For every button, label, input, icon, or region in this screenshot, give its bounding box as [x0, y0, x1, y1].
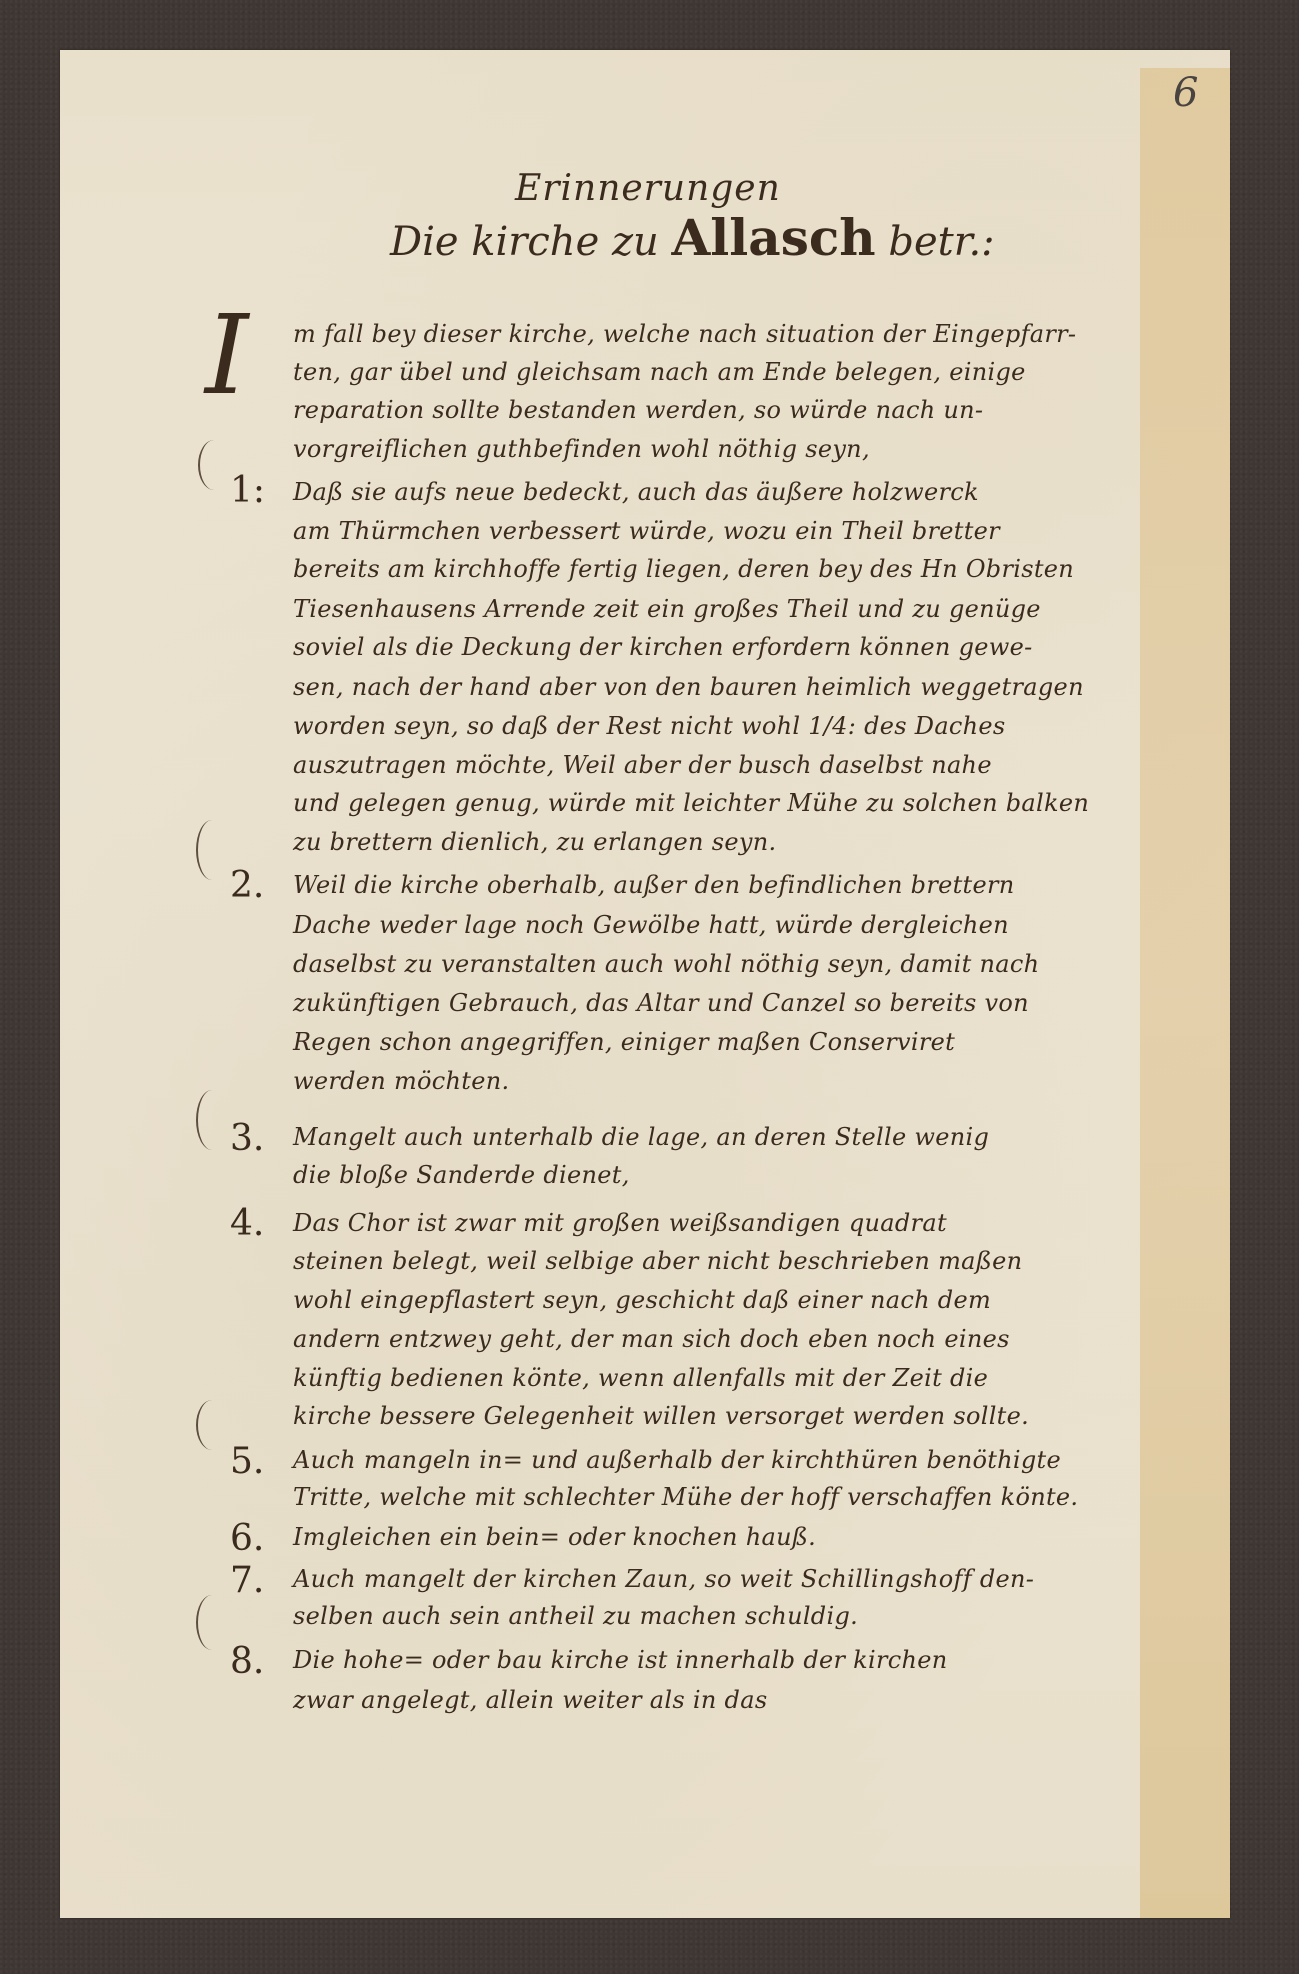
document-title: Die kirche zu Allasch betr.:: [390, 208, 995, 267]
margin-flourish: [198, 440, 230, 490]
item-line: soviel als die Deckung der kirchen erfor…: [293, 633, 1033, 661]
item-line: sen, nach der hand aber von den bauren h…: [293, 673, 1084, 701]
item-line: Dache weder lage noch Gewölbe hatt, würd…: [293, 911, 1009, 939]
item-line: Tiesenhausens Arrende zeit ein großes Th…: [293, 595, 1041, 623]
item-number: 4.: [230, 1203, 264, 1244]
item-number: 7.: [230, 1560, 264, 1601]
item-number: 3.: [230, 1118, 264, 1159]
item-line: Die hohe= oder bau kirche ist innerhalb …: [293, 1646, 948, 1674]
item-line: kirche bessere Gelegenheit willen versor…: [293, 1402, 1029, 1430]
item-line: worden seyn, so daß der Rest nicht wohl …: [293, 712, 1006, 740]
title-suffix: betr.:: [888, 219, 994, 265]
paper-edge-strip: [1140, 68, 1230, 1918]
item-line: bereits am kirchhoffe fertig liegen, der…: [293, 555, 1074, 583]
item-line: zukünftigen Gebrauch, das Altar und Canz…: [293, 989, 1029, 1017]
item-line: die bloße Sanderde dienet,: [293, 1161, 630, 1189]
item-line: Das Chor ist zwar mit großen weißsandige…: [293, 1209, 947, 1237]
item-line: Imgleichen ein bein= oder knochen hauß.: [293, 1523, 816, 1551]
item-line: auszutragen möchte, Weil aber der busch …: [293, 751, 992, 779]
title-place: Allasch: [672, 208, 876, 267]
item-line: am Thürmchen verbessert würde, wozu ein …: [293, 517, 1000, 545]
decorative-initial: I: [205, 300, 248, 410]
item-line: zu brettern dienlich, zu erlangen seyn.: [293, 828, 776, 856]
intro-line: m fall bey dieser kirche, welche nach si…: [293, 320, 1076, 348]
folio-number: 6: [1173, 70, 1198, 116]
item-line: Mangelt auch unterhalb die lage, an dere…: [293, 1123, 989, 1151]
item-line: daselbst zu veranstalten auch wohl nöthi…: [293, 950, 1039, 978]
item-line: wohl eingepflastert seyn, geschicht daß …: [293, 1286, 991, 1314]
item-line: künftig bedienen könte, wenn allenfalls …: [293, 1364, 988, 1392]
margin-flourish: [196, 1090, 228, 1150]
margin-flourish: [196, 820, 228, 880]
margin-flourish: [196, 1400, 228, 1450]
title-prefix: Die kirche zu: [390, 219, 659, 265]
margin-flourish: [196, 1595, 228, 1650]
item-line: Weil die kirche oberhalb, außer den befi…: [293, 871, 1015, 899]
item-line: steinen belegt, weil selbige aber nicht …: [293, 1247, 1022, 1275]
item-line: Auch mangeln in= und außerhalb der kirch…: [293, 1446, 1061, 1474]
item-line: selben auch sein antheil zu machen schul…: [293, 1602, 858, 1630]
item-line: Daß sie aufs neue bedeckt, auch das äuße…: [293, 478, 979, 506]
item-number: 6.: [230, 1518, 264, 1559]
item-number: 2.: [230, 865, 264, 906]
item-number: 8.: [230, 1641, 264, 1682]
item-number: 5.: [230, 1441, 264, 1482]
intro-line: vorgreiflichen guthbefinden wohl nöthig …: [293, 435, 870, 463]
intro-line: reparation sollte bestanden werden, so w…: [293, 396, 983, 424]
intro-line: ten, gar übel und gleichsam nach am Ende…: [293, 358, 1026, 386]
item-line: zwar angelegt, allein weiter als in das: [293, 1686, 767, 1714]
item-line: Regen schon angegriffen, einiger maßen C…: [293, 1028, 955, 1056]
document-heading: Erinnerungen: [515, 168, 781, 209]
item-number: 1:: [230, 470, 265, 511]
item-line: andern entzwey geht, der man sich doch e…: [293, 1325, 1010, 1353]
item-line: werden möchten.: [293, 1067, 509, 1095]
item-line: und gelegen genug, würde mit leichter Mü…: [293, 789, 1089, 817]
item-line: Auch mangelt der kirchen Zaun, so weit S…: [293, 1565, 1034, 1593]
item-line: Tritte, welche mit schlechter Mühe der h…: [293, 1483, 1078, 1511]
